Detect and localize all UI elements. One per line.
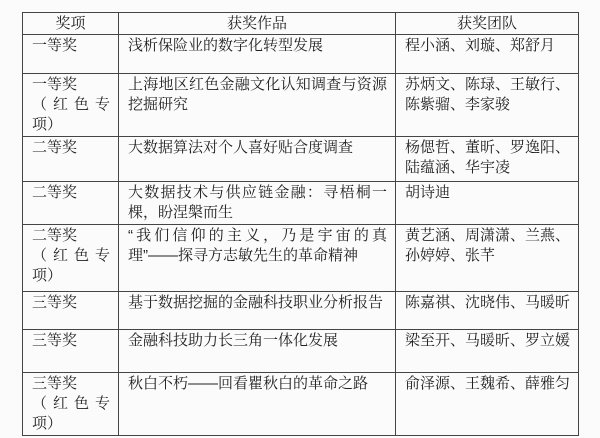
header-award: 奖项 xyxy=(23,13,119,35)
awards-table: 奖项 获奖作品 获奖团队 一等奖 浅析保险业的数字化转型发展 程小涵、刘璇、郑舒… xyxy=(22,12,579,436)
table-row: 三等奖 （红色专项） 秋白不朽——回看瞿秋白的革命之路 俞泽源、王魏希、薛雅匀 xyxy=(23,373,579,436)
team-cell: 黄艺涵、周潇潇、兰燕、孙婷婷、张芊 xyxy=(396,225,579,292)
award-cell: 三等奖 xyxy=(23,330,119,373)
work-cell: 基于数据挖掘的金融科技职业分析报告 xyxy=(119,292,396,330)
work-cell: 上海地区红色金融文化认知调查与资源挖掘研究 xyxy=(119,74,396,137)
work-cell: “我们信仰的主义，乃是宇宙的真理”——探寻方志敏先生的革命精神 xyxy=(119,225,396,292)
header-team: 获奖团队 xyxy=(396,13,579,35)
team-cell: 陈嘉祺、沈晓伟、马暖昕 xyxy=(396,292,579,330)
header-row: 奖项 获奖作品 获奖团队 xyxy=(23,13,579,35)
table-row: 三等奖 基于数据挖掘的金融科技职业分析报告 陈嘉祺、沈晓伟、马暖昕 xyxy=(23,292,579,330)
award-cell: 一等奖 xyxy=(23,35,119,74)
award-cell: 二等奖 xyxy=(23,137,119,182)
table-row: 二等奖 （红色专项） “我们信仰的主义，乃是宇宙的真理”——探寻方志敏先生的革命… xyxy=(23,225,579,292)
team-cell: 胡诗迪 xyxy=(396,182,579,225)
award-cell: 一等奖 （红色专项） xyxy=(23,74,119,137)
table-row: 二等奖 大数据算法对个人喜好贴合度调查 杨偲哲、董昕、罗逸阳、陆蕴涵、华宇凌 xyxy=(23,137,579,182)
table-row: 一等奖 浅析保险业的数字化转型发展 程小涵、刘璇、郑舒月 xyxy=(23,35,579,74)
work-cell: 大数据技术与供应链金融：寻梧桐一棵，盼涅槃而生 xyxy=(119,182,396,225)
award-cell: 二等奖 xyxy=(23,182,119,225)
team-cell: 杨偲哲、董昕、罗逸阳、陆蕴涵、华宇凌 xyxy=(396,137,579,182)
work-cell: 金融科技助力长三角一体化发展 xyxy=(119,330,396,373)
team-cell: 俞泽源、王魏希、薛雅匀 xyxy=(396,373,579,436)
table-row: 一等奖 （红色专项） 上海地区红色金融文化认知调查与资源挖掘研究 苏炳文、陈琭、… xyxy=(23,74,579,137)
team-cell: 程小涵、刘璇、郑舒月 xyxy=(396,35,579,74)
table-row: 二等奖 大数据技术与供应链金融：寻梧桐一棵，盼涅槃而生 胡诗迪 xyxy=(23,182,579,225)
work-cell: 浅析保险业的数字化转型发展 xyxy=(119,35,396,74)
header-work: 获奖作品 xyxy=(119,13,396,35)
document-page: 奖项 获奖作品 获奖团队 一等奖 浅析保险业的数字化转型发展 程小涵、刘璇、郑舒… xyxy=(0,0,600,436)
award-cell: 二等奖 （红色专项） xyxy=(23,225,119,292)
award-cell: 三等奖 xyxy=(23,292,119,330)
table-row: 三等奖 金融科技助力长三角一体化发展 梁至开、马暖昕、罗立媛 xyxy=(23,330,579,373)
award-cell: 三等奖 （红色专项） xyxy=(23,373,119,436)
work-cell: 大数据算法对个人喜好贴合度调查 xyxy=(119,137,396,182)
work-cell: 秋白不朽——回看瞿秋白的革命之路 xyxy=(119,373,396,436)
team-cell: 苏炳文、陈琭、王敏行、陈紫骝、李家骏 xyxy=(396,74,579,137)
team-cell: 梁至开、马暖昕、罗立媛 xyxy=(396,330,579,373)
